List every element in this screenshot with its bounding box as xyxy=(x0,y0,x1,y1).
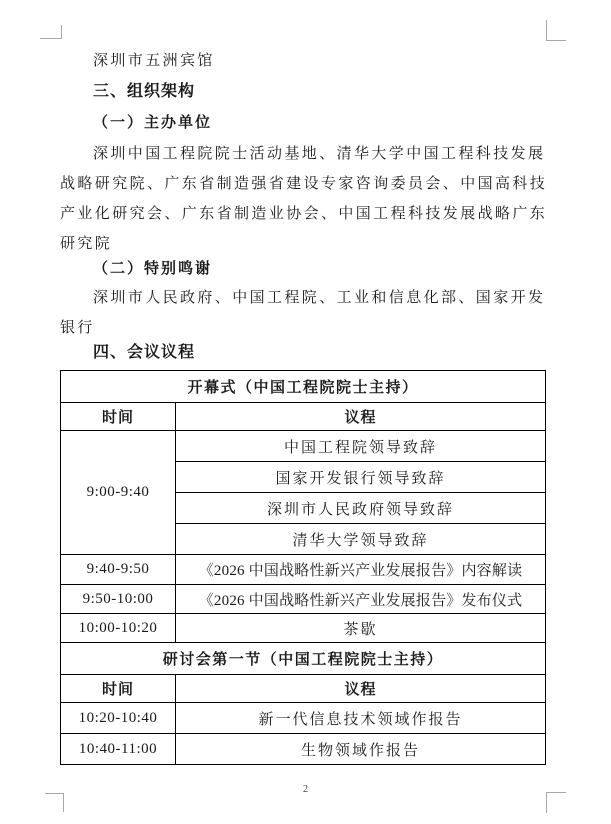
agenda-cell: 新一代信息技术领域作报告 xyxy=(176,703,546,734)
crop-mark-bottom-left-icon xyxy=(45,793,64,812)
document-page: 深圳市五洲宾馆 三、组织架构 （一）主办单位 深圳中国工程院院士活动基地、清华大… xyxy=(0,0,611,824)
crop-mark-bottom-right-icon xyxy=(546,792,566,813)
time-column-header: 时间 xyxy=(61,403,176,431)
hosts-paragraph: 深圳中国工程院院士活动基地、清华大学中国工程科技发展 战略研究院、广东省制造强省… xyxy=(60,139,546,259)
paragraph-line: 深圳中国工程院院士活动基地、清华大学中国工程科技发展 xyxy=(60,139,546,169)
agenda-table: 开幕式（中国工程院院士主持） 时间 议程 9:00-9:40 中国工程院领导致辞… xyxy=(60,370,546,765)
agenda-row: 10:40-11:00 生物领域作报告 xyxy=(61,734,546,765)
time-cell: 10:40-11:00 xyxy=(61,734,176,765)
subheading-special-thanks: （二）特别鸣谢 xyxy=(60,254,579,284)
section-title-row: 研讨会第一节（中国工程院院士主持） xyxy=(61,643,546,675)
section-heading-agenda: 四、会议议程 xyxy=(60,338,579,368)
section-title-row: 开幕式（中国工程院院士主持） xyxy=(61,371,546,403)
agenda-cell: 清华大学领导致辞 xyxy=(176,524,546,555)
agenda-column-header: 议程 xyxy=(176,675,546,703)
opening-section-title: 开幕式（中国工程院院士主持） xyxy=(61,371,546,403)
agenda-column-header: 议程 xyxy=(176,403,546,431)
agenda-cell: 深圳市人民政府领导致辞 xyxy=(176,493,546,524)
agenda-cell: 生物领域作报告 xyxy=(176,734,546,765)
agenda-row: 9:50-10:00 《2026 中国战略性新兴产业发展报告》发布仪式 xyxy=(61,585,546,614)
agenda-cell: 国家开发银行领导致辞 xyxy=(176,462,546,493)
agenda-row: 9:00-9:40 中国工程院领导致辞 xyxy=(61,431,546,462)
section-heading-organization: 三、组织架构 xyxy=(60,77,579,107)
time-cell-merged: 9:00-9:40 xyxy=(61,431,176,555)
thanks-paragraph: 深圳市人民政府、中国工程院、工业和信息化部、国家开发 银行 xyxy=(60,283,546,343)
time-cell: 10:20-10:40 xyxy=(61,703,176,734)
time-column-header: 时间 xyxy=(61,675,176,703)
time-cell: 9:40-9:50 xyxy=(61,555,176,585)
crop-mark-top-right-icon xyxy=(546,20,566,41)
paragraph-line: 深圳市人民政府、中国工程院、工业和信息化部、国家开发 xyxy=(60,283,546,313)
agenda-cell: 《2026 中国战略性新兴产业发展报告》发布仪式 xyxy=(176,585,546,614)
agenda-cell: 《2026 中国战略性新兴产业发展报告》内容解读 xyxy=(176,555,546,585)
agenda-row: 10:00-10:20 茶歇 xyxy=(61,614,546,643)
column-header-row: 时间 议程 xyxy=(61,403,546,431)
agenda-row: 10:20-10:40 新一代信息技术领域作报告 xyxy=(61,703,546,734)
venue-line: 深圳市五洲宾馆 xyxy=(60,46,579,76)
subheading-hosts: （一）主办单位 xyxy=(60,108,579,138)
page-number: 2 xyxy=(0,784,611,795)
paragraph-line: 产业化研究会、广东省制造业协会、中国工程科技发展战略广东 xyxy=(60,199,546,229)
session1-section-title: 研讨会第一节（中国工程院院士主持） xyxy=(61,643,546,675)
column-header-row: 时间 议程 xyxy=(61,675,546,703)
paragraph-line: 战略研究院、广东省制造强省建设专家咨询委员会、中国高科技 xyxy=(60,169,546,199)
time-cell: 10:00-10:20 xyxy=(61,614,176,643)
agenda-cell: 茶歇 xyxy=(176,614,546,643)
time-cell: 9:50-10:00 xyxy=(61,585,176,614)
agenda-row: 9:40-9:50 《2026 中国战略性新兴产业发展报告》内容解读 xyxy=(61,555,546,585)
agenda-cell: 中国工程院领导致辞 xyxy=(176,431,546,462)
crop-mark-top-left-icon xyxy=(40,25,62,39)
